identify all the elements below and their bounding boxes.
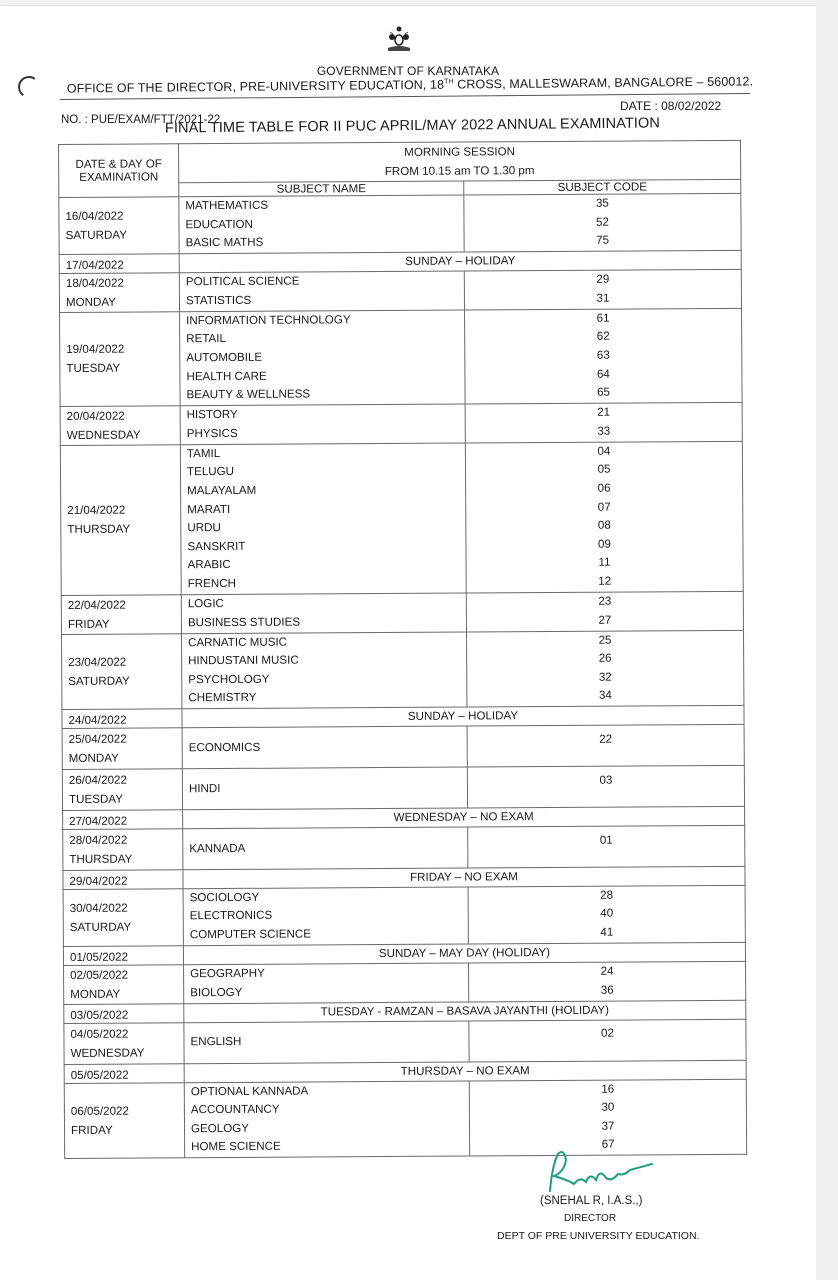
subjects-cell: HINDI — [182, 767, 467, 810]
subject-name: PHYSICS — [187, 423, 459, 443]
exam-row: 21/04/2022THURSDAYTAMILTELUGUMALAYALAMMA… — [60, 441, 743, 595]
date-cell: 01/05/2022 — [63, 945, 183, 965]
subject-name: EDUCATION — [185, 214, 457, 234]
exam-day: THURSDAY — [69, 849, 176, 869]
exam-row: 20/04/2022WEDNESDAYHISTORYPHYSICS2133 — [60, 402, 742, 445]
subject-code: 29 — [471, 270, 735, 290]
date-cell: 26/04/2022TUESDAY — [62, 769, 182, 811]
subject-name: HINDUSTANI MUSIC — [188, 651, 460, 671]
date-cell: 24/04/2022 — [62, 709, 182, 729]
codes-cell: 284041 — [468, 885, 745, 943]
exam-date: 17/04/2022 — [66, 257, 173, 273]
exam-day: TUESDAY — [69, 789, 176, 809]
date-cell: 03/05/2022 — [64, 1003, 184, 1023]
subject-code: 75 — [471, 231, 735, 251]
date-column-header: DATE & DAY OF EXAMINATION — [59, 144, 179, 198]
subject-name: URDU — [187, 518, 459, 538]
exam-row: 30/04/2022SATURDAYSOCIOLOGYELECTRONICSCO… — [63, 885, 745, 946]
exam-day: MONDAY — [66, 292, 173, 312]
subject-code: 40 — [475, 904, 739, 924]
codes-cell: 2133 — [465, 402, 742, 443]
subject-name: LOGIC — [188, 593, 460, 613]
subject-name: HISTORY — [187, 405, 459, 425]
subject-name: TAMIL — [187, 443, 459, 463]
exam-date: 16/04/2022 — [65, 206, 172, 226]
exam-row: 26/04/2022TUESDAYHINDI03 — [62, 765, 744, 810]
subject-code: 21 — [472, 403, 736, 423]
exam-date: 02/05/2022 — [70, 965, 177, 985]
signature-icon — [540, 1146, 660, 1196]
exam-day: MONDAY — [69, 748, 176, 768]
subject-code: 16 — [476, 1080, 740, 1100]
codes-cell: 01 — [468, 825, 745, 868]
exam-day: THURSDAY — [67, 519, 174, 539]
subject-code: 22 — [474, 729, 738, 749]
subjects-cell: POLITICAL SCIENCESTATISTICS — [179, 271, 464, 312]
subject-name: HEALTH CARE — [186, 366, 458, 386]
subject-name: MATHEMATICS — [185, 196, 457, 216]
subject-name: ARABIC — [188, 555, 460, 575]
exam-date: 25/04/2022 — [69, 729, 176, 749]
exam-row: 19/04/2022TUESDAYINFORMATION TECHNOLOGYR… — [60, 308, 743, 406]
exam-row: 28/04/2022THURSDAYKANNADA01 — [63, 825, 745, 870]
exam-day: FRIDAY — [71, 1120, 178, 1140]
exam-date: 30/04/2022 — [70, 898, 177, 918]
subject-code: 09 — [472, 535, 736, 555]
subjects-cell: TAMILTELUGUMALAYALAMMARATIURDUSANSKRITAR… — [180, 443, 466, 594]
subject-code: 04 — [472, 442, 736, 462]
subject-code: 23 — [473, 592, 737, 612]
subject-code: 25 — [473, 630, 737, 650]
subject-name: FRENCH — [188, 573, 460, 593]
exam-date: 22/04/2022 — [68, 595, 175, 615]
subject-code: 37 — [476, 1117, 740, 1137]
subject-code: 02 — [475, 1024, 739, 1044]
codes-cell: 02 — [469, 1019, 746, 1062]
subject-name: POLITICAL SCIENCE — [186, 272, 458, 292]
date-cell: 18/04/2022MONDAY — [59, 273, 179, 313]
subject-name: HINDI — [189, 778, 461, 798]
date-cell: 05/05/2022 — [64, 1063, 184, 1083]
karnataka-emblem-icon — [383, 24, 415, 56]
date-cell: 17/04/2022 — [59, 254, 179, 274]
exam-row: 02/05/2022MONDAYGEOGRAPHYBIOLOGY2436 — [64, 961, 746, 1004]
session-header: MORNING SESSION FROM 10.15 am TO 1.30 pm — [179, 140, 741, 182]
exam-day: TUESDAY — [66, 359, 173, 379]
exam-date: 01/05/2022 — [70, 949, 177, 965]
codes-cell: 2327 — [466, 591, 743, 632]
codes-cell: 355275 — [464, 193, 741, 251]
subjects-cell: CARNATIC MUSICHINDUSTANI MUSICPSYCHOLOGY… — [181, 632, 466, 709]
subject-name: INFORMATION TECHNOLOGY — [186, 310, 458, 330]
exam-date: 28/04/2022 — [69, 830, 176, 850]
exam-row: 04/05/2022WEDNESDAYENGLISH02 — [64, 1019, 746, 1064]
signatory-title: DIRECTOR — [564, 1213, 616, 1224]
subject-name: GEOLOGY — [191, 1118, 463, 1138]
subject-name: AUTOMOBILE — [186, 348, 458, 368]
subject-name: MARATI — [187, 499, 459, 519]
subject-code: 28 — [475, 886, 739, 906]
subject-code: 35 — [470, 194, 734, 214]
date-cell: 30/04/2022SATURDAY — [63, 889, 183, 947]
exam-date: 20/04/2022 — [67, 406, 174, 426]
scrollbar[interactable] — [816, 0, 838, 1280]
subject-name: KANNADA — [189, 838, 461, 858]
exam-date: 29/04/2022 — [69, 873, 176, 889]
exam-row: 18/04/2022MONDAYPOLITICAL SCIENCESTATIST… — [59, 269, 741, 312]
loading-spinner-icon — [16, 74, 41, 99]
codes-cell: 2436 — [469, 961, 746, 1002]
exam-day: SATURDAY — [70, 917, 177, 937]
subject-name: BASIC MATHS — [186, 233, 458, 253]
subject-name: GEOGRAPHY — [190, 964, 462, 984]
subject-name: PSYCHOLOGY — [188, 669, 460, 689]
subject-code: 31 — [471, 289, 735, 309]
subject-code: 61 — [471, 309, 735, 329]
subject-code: 36 — [475, 981, 739, 1001]
exam-date: 21/04/2022 — [67, 500, 174, 520]
subject-name: ENGLISH — [190, 1032, 462, 1052]
exam-date: 06/05/2022 — [71, 1101, 178, 1121]
subjects-cell: ENGLISH — [184, 1021, 469, 1064]
subject-code: 52 — [470, 212, 734, 232]
subject-code: 05 — [472, 460, 736, 480]
subjects-cell: OPTIONAL KANNADAACCOUNTANCYGEOLOGYHOME S… — [184, 1081, 469, 1158]
subject-name: ACCOUNTANCY — [191, 1100, 463, 1120]
subject-code: 01 — [474, 830, 738, 850]
subject-name: CARNATIC MUSIC — [188, 632, 460, 652]
date-cell: 04/05/2022WEDNESDAY — [64, 1022, 184, 1064]
subject-name: ELECTRONICS — [190, 906, 462, 926]
subject-code: 12 — [473, 572, 737, 592]
subject-code: 63 — [471, 346, 735, 366]
subject-code: 26 — [473, 649, 737, 669]
codes-cell: 2931 — [464, 269, 741, 310]
subject-name: ECONOMICS — [189, 737, 461, 757]
date-cell: 27/04/2022 — [63, 810, 183, 830]
exam-day: SATURDAY — [66, 225, 173, 245]
subjects-cell: MATHEMATICSEDUCATIONBASIC MATHS — [179, 195, 464, 254]
date-cell: 22/04/2022FRIDAY — [61, 594, 181, 634]
subject-name: RETAIL — [186, 329, 458, 349]
subject-name: STATISTICS — [186, 290, 458, 310]
date-cell: 16/04/2022SATURDAY — [59, 197, 179, 255]
subject-code: 34 — [473, 686, 737, 706]
subject-code: 08 — [472, 516, 736, 536]
exam-row: 22/04/2022FRIDAYLOGICBUSINESS STUDIES232… — [61, 591, 743, 634]
subject-code: 41 — [475, 923, 739, 943]
date-cell: 23/04/2022SATURDAY — [61, 633, 181, 709]
subject-code: 62 — [471, 327, 735, 347]
signatory-name: (SNEHAL R, I.A.S.,) — [540, 1195, 642, 1207]
exam-day: WEDNESDAY — [67, 425, 174, 445]
subject-code: 32 — [473, 668, 737, 688]
subjects-cell: GEOGRAPHYBIOLOGY — [184, 963, 469, 1004]
subject-code: 24 — [475, 962, 739, 982]
date-cell: 28/04/2022THURSDAY — [63, 829, 183, 871]
subject-code: 11 — [473, 553, 737, 573]
codes-cell: 16303767 — [469, 1079, 746, 1156]
document-page: GOVERNMENT OF KARNATAKA OFFICE OF THE DI… — [0, 6, 816, 1280]
exam-row: 23/04/2022SATURDAYCARNATIC MUSICHINDUSTA… — [61, 630, 743, 710]
subject-code: 64 — [471, 364, 735, 384]
subject-code: 07 — [472, 497, 736, 517]
exam-date: 03/05/2022 — [70, 1007, 177, 1023]
date-cell: 29/04/2022 — [63, 870, 183, 890]
exam-day: WEDNESDAY — [70, 1043, 177, 1063]
subject-code: 30 — [476, 1098, 740, 1118]
subjects-cell: KANNADA — [183, 827, 468, 870]
subject-name: TELUGU — [187, 462, 459, 482]
timetable-body: 16/04/2022SATURDAYMATHEMATICSEDUCATIONBA… — [59, 193, 747, 1158]
date-cell: 21/04/2022THURSDAY — [60, 445, 181, 595]
subject-code: 03 — [474, 770, 738, 790]
exam-day: SATURDAY — [68, 671, 175, 691]
subject-name: COMPUTER SCIENCE — [190, 925, 462, 945]
codes-cell: 03 — [467, 765, 744, 808]
date-cell: 02/05/2022MONDAY — [64, 964, 184, 1004]
codes-cell: 6162636465 — [465, 308, 743, 404]
exam-row: 25/04/2022MONDAYECONOMICS22 — [62, 724, 744, 769]
signatory-department: DEPT OF PRE UNIVERSITY EDUCATION. — [497, 1230, 699, 1242]
subjects-cell: ECONOMICS — [182, 726, 467, 769]
timetable: DATE & DAY OF EXAMINATION MORNING SESSIO… — [58, 140, 747, 1159]
exam-date: 05/05/2022 — [71, 1067, 178, 1083]
subject-code: 27 — [473, 610, 737, 630]
document-date: DATE : 08/02/2022 — [620, 99, 721, 113]
subject-name: BEAUTY & WELLNESS — [186, 385, 458, 405]
exam-date: 04/05/2022 — [70, 1024, 177, 1044]
codes-cell: 0405060708091112 — [465, 441, 743, 592]
exam-day: MONDAY — [70, 984, 177, 1004]
subject-code: 65 — [471, 383, 735, 403]
subject-name: HOME SCIENCE — [191, 1137, 463, 1157]
exam-date: 24/04/2022 — [68, 712, 175, 728]
subjects-cell: INFORMATION TECHNOLOGYRETAILAUTOMOBILEHE… — [180, 310, 466, 406]
exam-date: 19/04/2022 — [66, 340, 173, 360]
codes-cell: 25263234 — [466, 630, 743, 707]
subject-name: BIOLOGY — [190, 982, 462, 1002]
subjects-cell: HISTORYPHYSICS — [180, 404, 465, 445]
subject-name: MALAYALAM — [187, 480, 459, 500]
subject-code: 06 — [472, 479, 736, 499]
subject-name: CHEMISTRY — [188, 688, 460, 708]
subject-code: 33 — [472, 422, 736, 442]
document-title: FINAL TIME TABLE FOR II PUC APRIL/MAY 20… — [165, 115, 660, 136]
subject-name: SOCIOLOGY — [190, 887, 462, 907]
subjects-cell: SOCIOLOGYELECTRONICSCOMPUTER SCIENCE — [183, 887, 468, 946]
exam-date: 18/04/2022 — [66, 273, 173, 293]
date-cell: 19/04/2022TUESDAY — [60, 312, 181, 407]
subject-name: BUSINESS STUDIES — [188, 612, 460, 632]
exam-row: 16/04/2022SATURDAYMATHEMATICSEDUCATIONBA… — [59, 193, 741, 254]
date-cell: 25/04/2022MONDAY — [62, 728, 182, 770]
date-cell: 06/05/2022FRIDAY — [64, 1082, 184, 1158]
date-cell: 20/04/2022WEDNESDAY — [60, 406, 180, 446]
exam-date: 26/04/2022 — [69, 770, 176, 790]
exam-day: FRIDAY — [68, 614, 175, 634]
exam-date: 23/04/2022 — [68, 652, 175, 672]
exam-date: 27/04/2022 — [69, 813, 176, 829]
subject-name: SANSKRIT — [187, 536, 459, 556]
codes-cell: 22 — [467, 724, 744, 767]
subjects-cell: LOGICBUSINESS STUDIES — [181, 593, 466, 634]
subject-name: OPTIONAL KANNADA — [191, 1081, 463, 1101]
